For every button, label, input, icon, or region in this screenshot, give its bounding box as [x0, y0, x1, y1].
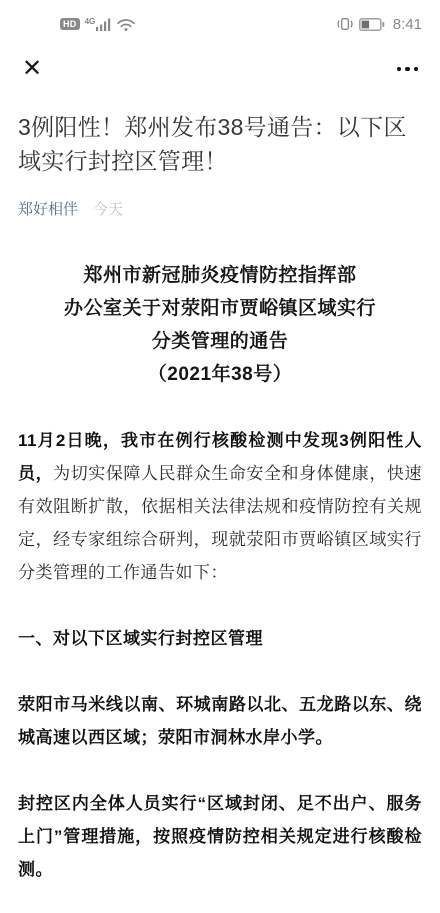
network-type-label: 4G: [85, 18, 96, 26]
notice-heading-line: 办公室关于对荥阳市贾峪镇区域实行: [18, 292, 422, 325]
publish-date: 今天: [93, 198, 123, 219]
section-heading-1: 一、对以下区域实行封控区管理: [18, 622, 422, 655]
notice-heading: 郑州市新冠肺炎疫情防控指挥部 办公室关于对荥阳市贾峪镇区域实行 分类管理的通告 …: [18, 259, 422, 391]
hd-badge: HD: [60, 18, 80, 30]
nav-bar: ✕: [0, 40, 440, 98]
wifi-icon: [116, 17, 136, 32]
status-bar-right: 8:41: [336, 16, 422, 33]
vibrate-icon: [336, 16, 354, 32]
cellular-signal-icon: 4G: [85, 18, 112, 31]
clock-time: 8:41: [393, 16, 422, 33]
more-options-icon[interactable]: [397, 61, 419, 78]
notice-heading-line: （2021年38号）: [18, 358, 422, 391]
author-link[interactable]: 郑好相伴: [18, 198, 78, 219]
close-icon[interactable]: ✕: [22, 57, 42, 81]
paragraph-intro-regular: 为切实保障人民群众生命安全和身体健康，快速有效阻断扩散，依据相关法律法规和疫情防…: [18, 464, 422, 582]
status-bar-left: HD 4G: [60, 17, 136, 32]
paragraph-measures: 封控区内全体人员实行“区域封闭、足不出户、服务上门”管理措施，按照疫情防控相关规…: [18, 787, 422, 886]
status-bar: HD 4G: [0, 0, 440, 40]
article-title: 3例阳性！郑州发布38号通告：以下区域实行封控区管理！: [18, 110, 422, 178]
signal-bars-icon: [96, 18, 111, 31]
notice-heading-line: 郑州市新冠肺炎疫情防控指挥部: [18, 259, 422, 292]
paragraph-intro: 11月2日晚，我市在例行核酸检测中发现3例阳性人员，为切实保障人民群众生命安全和…: [18, 424, 422, 589]
paragraph-control-zone: 荥阳市马米线以南、环城南路以北、五龙路以东、绕城高速以西区域；荥阳市洞林水岸小学…: [18, 688, 422, 754]
article-meta: 郑好相伴 今天: [18, 198, 422, 219]
battery-icon: [359, 18, 385, 31]
notice-heading-line: 分类管理的通告: [18, 325, 422, 358]
phone-screen: HD 4G: [0, 0, 440, 913]
article-body: 3例阳性！郑州发布38号通告：以下区域实行封控区管理！ 郑好相伴 今天 郑州市新…: [0, 110, 440, 886]
